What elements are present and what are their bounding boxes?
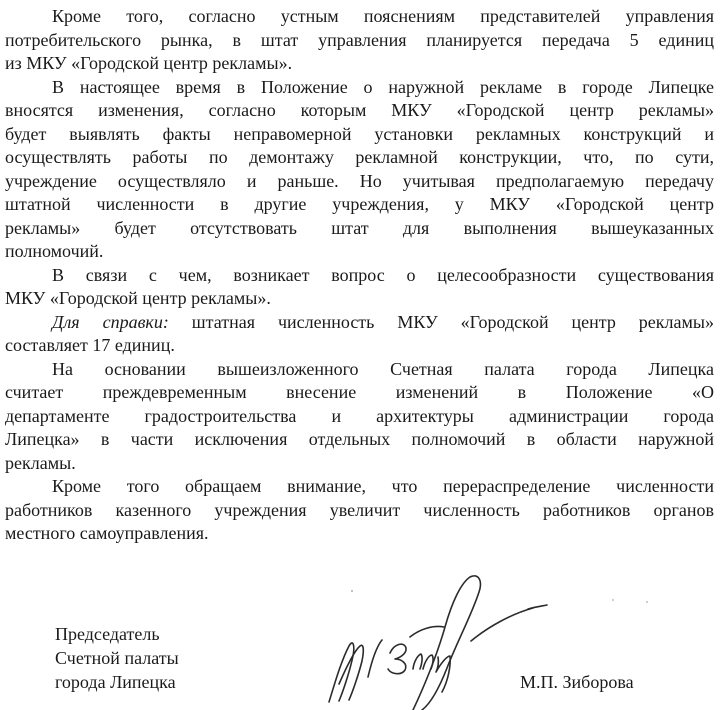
paragraph-5: На основании вышеизложенного Счетная пал… (5, 358, 714, 476)
text-line: будет выявлять факты неправомерной устан… (5, 123, 714, 147)
paragraph-2: В настоящее время в Положение о наружной… (5, 76, 714, 264)
text-line: В настоящее время в Положение о наружной… (5, 76, 714, 100)
text-line: Липецка» в части исключения отдельных по… (5, 428, 714, 452)
text-line: На основании вышеизложенного Счетная пал… (5, 358, 714, 382)
signer-title-line: Счетной палаты (55, 646, 179, 670)
text-line: МКУ «Городской центр рекламы». (5, 287, 714, 311)
text-line: Кроме того обращаем внимание, что перера… (5, 475, 714, 499)
paragraph-4: Для справки: штатная численность МКУ «Го… (5, 311, 714, 358)
text-line: работников казенного учреждения увеличит… (5, 499, 714, 523)
signer-title-line: Председатель (55, 622, 179, 646)
signer-name: М.П. Зиборова (520, 672, 634, 693)
text-line: местного самоуправления. (5, 522, 714, 546)
text-line: рекламы» будет отсутствовать штат для вы… (5, 217, 714, 241)
document-body: Кроме того, согласно устным пояснениям п… (5, 5, 714, 546)
text-line: составляет 17 единиц. (5, 334, 714, 358)
text-line: считает преждевременным внесение изменен… (5, 381, 714, 405)
paragraph-1: Кроме того, согласно устным пояснениям п… (5, 5, 714, 76)
paragraph-3: В связи с чем, возникает вопрос о целесо… (5, 264, 714, 311)
text-line: штатной численности в другие учреждения,… (5, 193, 714, 217)
text-line: В связи с чем, возникает вопрос о целесо… (5, 264, 714, 288)
text-line: рекламы. (5, 452, 714, 476)
signer-title: Председатель Счетной палаты города Липец… (55, 622, 179, 694)
text-line: полномочий. (5, 240, 714, 264)
paragraph-6: Кроме того обращаем внимание, что перера… (5, 475, 714, 546)
signer-title-line: города Липецка (55, 670, 179, 694)
text-line: осуществлять работы по демонтажу рекламн… (5, 146, 714, 170)
text-line: вносятся изменения, согласно которым МКУ… (5, 99, 714, 123)
text-line: из МКУ «Городской центр рекламы». (5, 52, 714, 76)
document-page: Кроме того, согласно устным пояснениям п… (0, 0, 724, 710)
text-line: Для справки: штатная численность МКУ «Го… (5, 311, 714, 335)
text-line: потребительского рынка, в штат управлени… (5, 29, 714, 53)
text-line: департаменте градостроительства и архите… (5, 405, 714, 429)
text-line: учреждение осуществляло и раньше. Но учи… (5, 170, 714, 194)
italic-lead: Для справки: (52, 312, 169, 332)
text-line: Кроме того, согласно устным пояснениям п… (5, 5, 714, 29)
line-rest: штатная численность МКУ «Городской центр… (192, 312, 714, 332)
